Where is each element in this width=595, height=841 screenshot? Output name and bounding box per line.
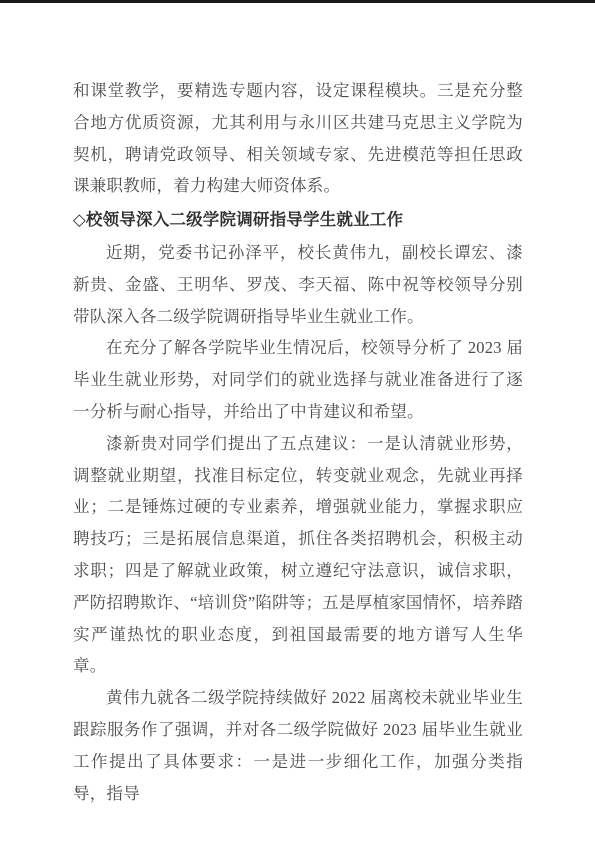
body-paragraph: 在充分了解各学院毕业生情况后，校领导分析了 2023 届毕业生就业形势，对同学们… [73, 332, 523, 427]
body-paragraph: 近期，党委书记孙泽平，校长黄伟九，副校长谭宏、漆新贵、金盛、王明华、罗茂、李天福… [73, 237, 523, 332]
document-page: 和课堂教学，要精选专题内容，设定课程模块。三是充分整合地方优质资源，尤其利用与永… [0, 0, 595, 841]
page-number: 6 [75, 785, 80, 797]
continuation-paragraph: 和课堂教学，要精选专题内容，设定课程模块。三是充分整合地方优质资源，尤其利用与永… [73, 75, 523, 202]
page-top-edge-line [0, 0, 595, 3]
body-paragraph: 黄伟九就各二级学院持续做好 2022 届离校未就业毕业生跟踪服务作了强调，并对各… [73, 682, 523, 809]
page-content: 和课堂教学，要精选专题内容，设定课程模块。三是充分整合地方优质资源，尤其利用与永… [73, 75, 523, 809]
section-heading: ◇校领导深入二级学院调研指导学生就业工作 [73, 205, 523, 237]
body-paragraph: 漆新贵对同学们提出了五点建议：一是认清就业形势，调整就业期望，找准目标定位，转变… [73, 428, 523, 682]
